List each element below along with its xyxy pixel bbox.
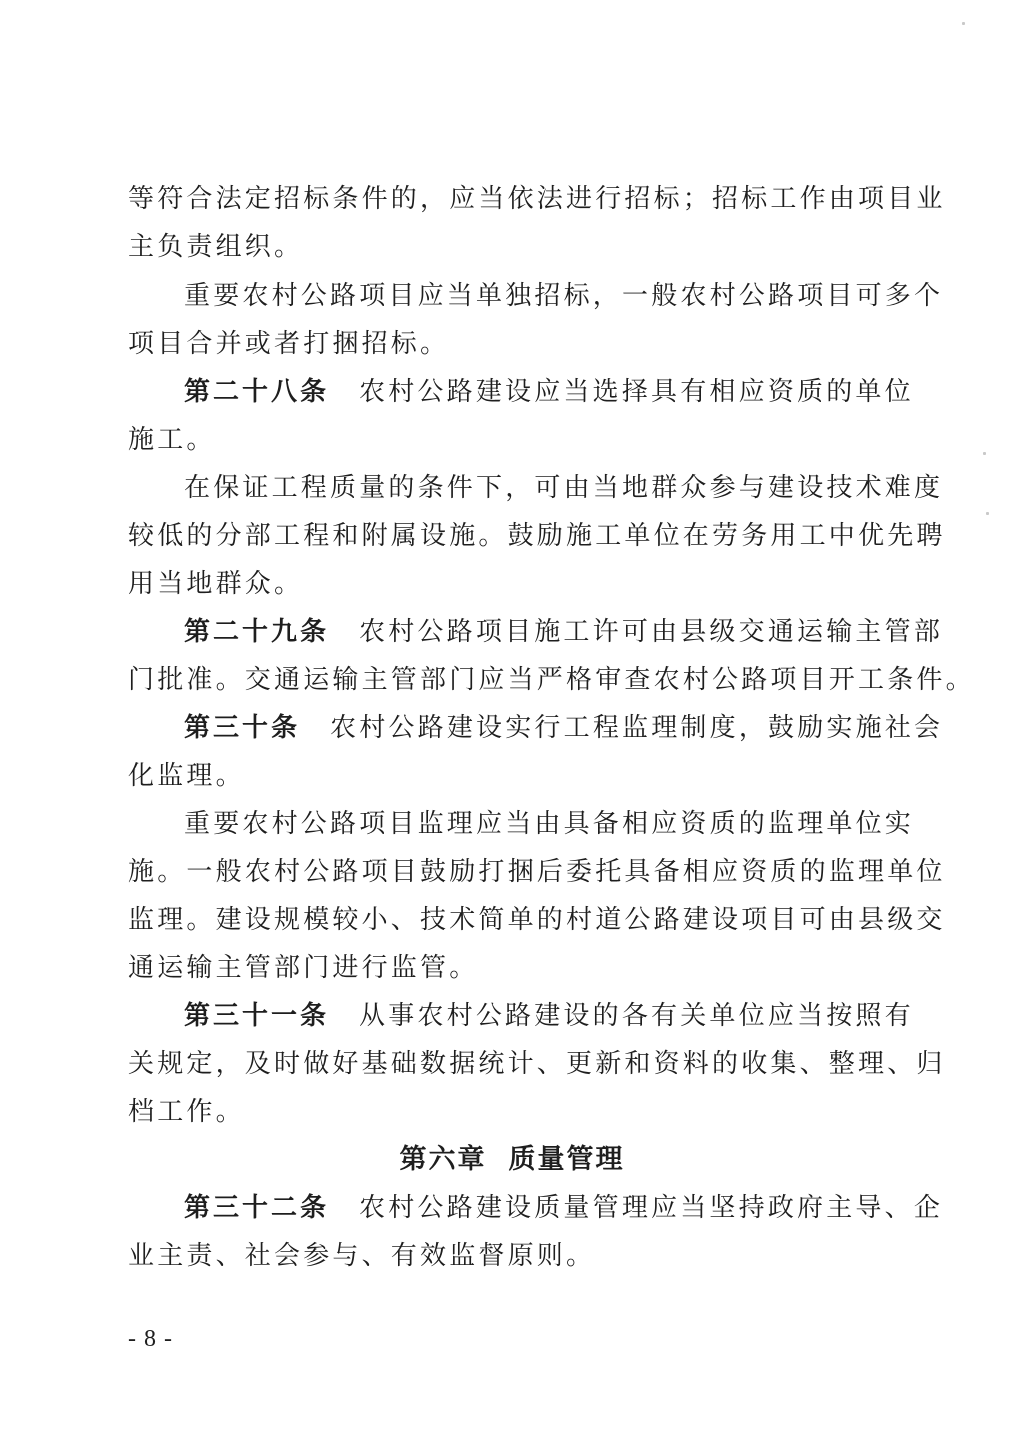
chapter-heading: 第六章质量管理 bbox=[0, 1144, 1024, 1176]
text-line: 项目合并或者打捆招标。 bbox=[128, 328, 888, 360]
article-number: 第二十九条 bbox=[184, 617, 329, 647]
text-line: 施工。 bbox=[128, 424, 888, 456]
article-28: 第二十八条农村公路建设应当选择具有相应资质的单位 bbox=[184, 376, 888, 408]
paragraph-line: 重要农村公路项目应当单独招标，一般农村公路项目可多个 bbox=[184, 280, 888, 312]
text-line: 档工作。 bbox=[128, 1096, 888, 1128]
chapter-title: 质量管理 bbox=[509, 1144, 625, 1175]
article-number: 第三十条 bbox=[184, 713, 300, 743]
text-line: 等符合法定招标条件的，应当依法进行招标；招标工作由项目业 bbox=[128, 183, 888, 215]
scan-speck bbox=[962, 22, 965, 25]
article-32: 第三十二条农村公路建设质量管理应当坚持政府主导、企 bbox=[184, 1192, 888, 1224]
scan-speck bbox=[986, 512, 989, 515]
article-text: 农村公路建设实行工程监理制度，鼓励实施社会 bbox=[330, 713, 943, 743]
article-29: 第二十九条农村公路项目施工许可由县级交通运输主管部 bbox=[184, 616, 888, 648]
article-text: 农村公路建设应当选择具有相应资质的单位 bbox=[359, 377, 914, 407]
text-line: 监理。建设规模较小、技术简单的村道公路建设项目可由县级交 bbox=[128, 904, 888, 936]
article-text: 农村公路项目施工许可由县级交通运输主管部 bbox=[359, 617, 943, 647]
article-number: 第三十二条 bbox=[184, 1193, 329, 1223]
article-text: 从事农村公路建设的各有关单位应当按照有 bbox=[359, 1001, 914, 1031]
text-line: 关规定，及时做好基础数据统计、更新和资料的收集、整理、归 bbox=[128, 1048, 888, 1080]
article-number: 第三十一条 bbox=[184, 1001, 329, 1031]
article-30: 第三十条农村公路建设实行工程监理制度，鼓励实施社会 bbox=[184, 712, 888, 744]
scan-speck bbox=[983, 452, 986, 455]
text-line: 用当地群众。 bbox=[128, 568, 888, 600]
text-line: 施。一般农村公路项目鼓励打捆后委托具备相应资质的监理单位 bbox=[128, 856, 888, 888]
text-line: 业主责、社会参与、有效监督原则。 bbox=[128, 1240, 888, 1272]
text-line: 较低的分部工程和附属设施。鼓励施工单位在劳务用工中优先聘 bbox=[128, 520, 888, 552]
text-line: 通运输主管部门进行监管。 bbox=[128, 952, 888, 984]
chapter-number: 第六章 bbox=[400, 1144, 487, 1175]
page-number: - 8 - bbox=[128, 1326, 173, 1353]
document-page: 等符合法定招标条件的，应当依法进行招标；招标工作由项目业 主负责组织。 重要农村… bbox=[0, 0, 1024, 1447]
article-number: 第二十八条 bbox=[184, 377, 329, 407]
paragraph-line: 在保证工程质量的条件下，可由当地群众参与建设技术难度 bbox=[184, 472, 888, 504]
text-line: 门批准。交通运输主管部门应当严格审查农村公路项目开工条件。 bbox=[128, 664, 888, 696]
article-31: 第三十一条从事农村公路建设的各有关单位应当按照有 bbox=[184, 1000, 888, 1032]
paragraph-line: 重要农村公路项目监理应当由具备相应资质的监理单位实 bbox=[184, 808, 888, 840]
text-line: 化监理。 bbox=[128, 760, 888, 792]
article-text: 农村公路建设质量管理应当坚持政府主导、企 bbox=[359, 1193, 943, 1223]
text-line: 主负责组织。 bbox=[128, 231, 888, 263]
